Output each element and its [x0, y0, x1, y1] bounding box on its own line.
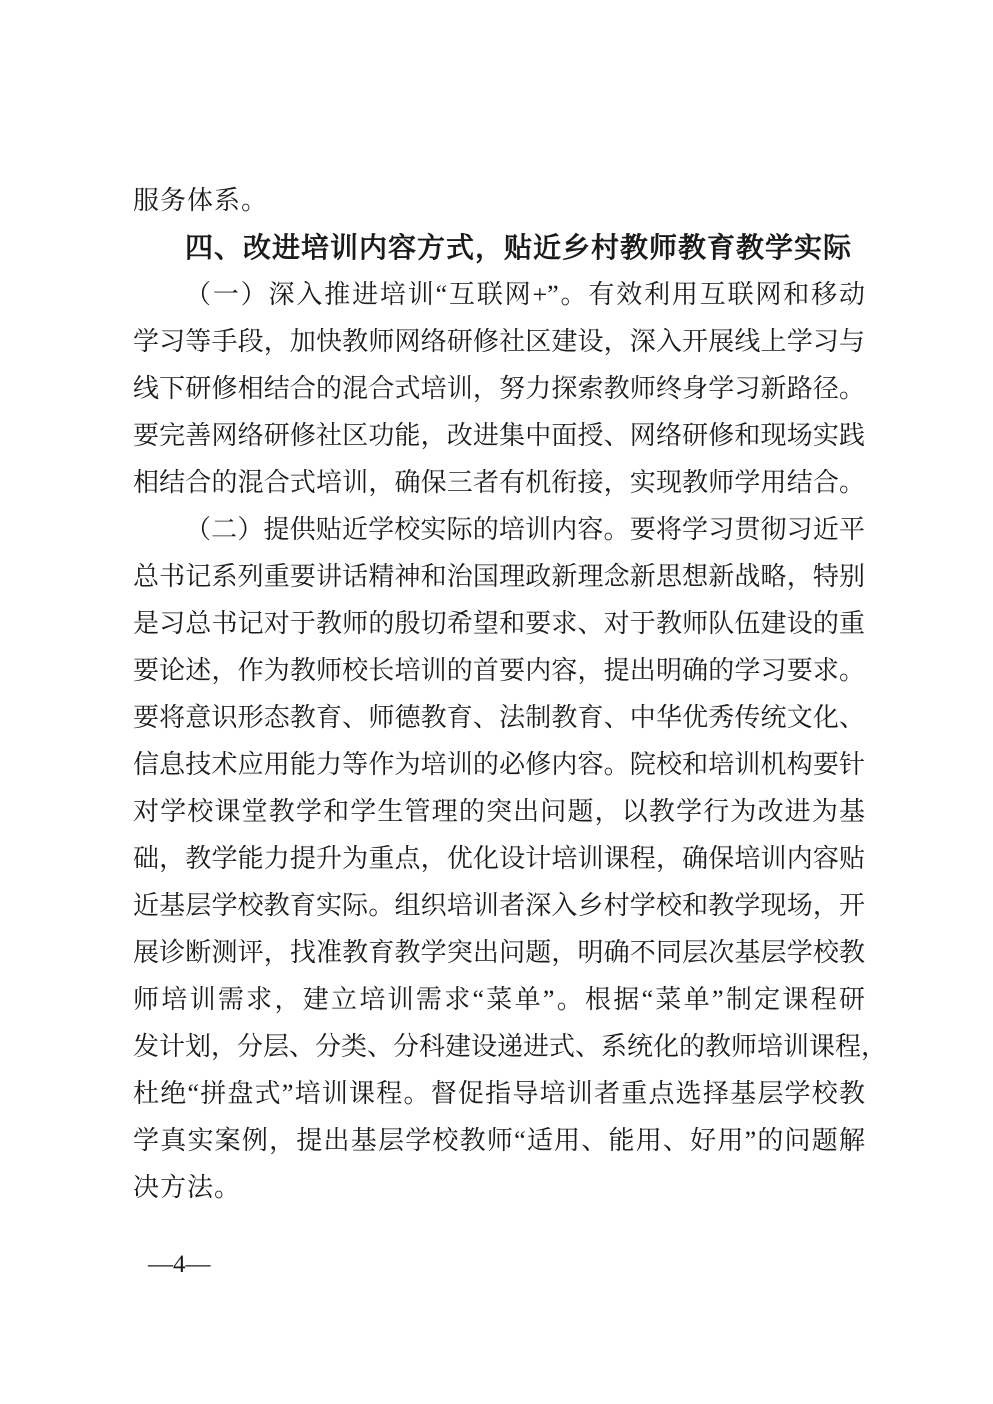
text-line: 要将意识形态教育、师德教育、法制教育、中华优秀传统文化、: [133, 694, 865, 741]
text-line: 杜绝“拼盘式”培训课程。督促指导培训者重点选择基层学校教: [133, 1070, 865, 1117]
text-line: 学习等手段，加快教师网络研修社区建设，深入开展线上学习与: [133, 318, 865, 365]
text-line: 总书记系列重要讲话精神和治国理政新理念新思想新战略，特别: [133, 553, 865, 600]
text-line: （二）提供贴近学校实际的培训内容。要将学习贯彻习近平: [133, 506, 865, 553]
text-line: 信息技术应用能力等作为培训的必修内容。院校和培训机构要针: [133, 741, 865, 788]
text-line: 师培训需求，建立培训需求“菜单”。根据“菜单”制定课程研: [133, 976, 865, 1023]
text-line: 对学校课堂教学和学生管理的突出问题，以教学行为改进为基: [133, 788, 865, 835]
text-line: 要论述，作为教师校长培训的首要内容，提出明确的学习要求。: [133, 647, 865, 694]
text-line: 发计划，分层、分类、分科建设递进式、系统化的教师培训课程，: [133, 1023, 865, 1070]
text-line: 线下研修相结合的混合式培训，努力探索教师终身学习新路径。: [133, 365, 865, 412]
text-line: 决方法。: [133, 1164, 865, 1211]
text-line: （一）深入推进培训“互联网+”。有效利用互联网和移动: [133, 271, 865, 318]
text-line: 服务体系。: [133, 177, 865, 224]
text-line: 础，教学能力提升为重点，优化设计培训课程，确保培训内容贴: [133, 835, 865, 882]
text-line: 展诊断测评，找准教育教学突出问题，明确不同层次基层学校教: [133, 929, 865, 976]
text-line: 近基层学校教育实际。组织培训者深入乡村学校和教学现场，开: [133, 882, 865, 929]
text-block: 服务体系。 四、改进培训内容方式，贴近乡村教师教育教学实际 （一）深入推进培训“…: [133, 177, 865, 1211]
page-number: —4—: [148, 1250, 211, 1280]
text-line: 是习总书记对于教师的殷切希望和要求、对于教师队伍建设的重: [133, 600, 865, 647]
text-line: 要完善网络研修社区功能，改进集中面授、网络研修和现场实践: [133, 412, 865, 459]
document-page: 服务体系。 四、改进培训内容方式，贴近乡村教师教育教学实际 （一）深入推进培训“…: [0, 0, 993, 1404]
section-heading: 四、改进培训内容方式，贴近乡村教师教育教学实际: [133, 224, 865, 271]
text-line: 学真实案例，提出基层学校教师“适用、能用、好用”的问题解: [133, 1117, 865, 1164]
text-line: 相结合的混合式培训，确保三者有机衔接，实现教师学用结合。: [133, 459, 865, 506]
